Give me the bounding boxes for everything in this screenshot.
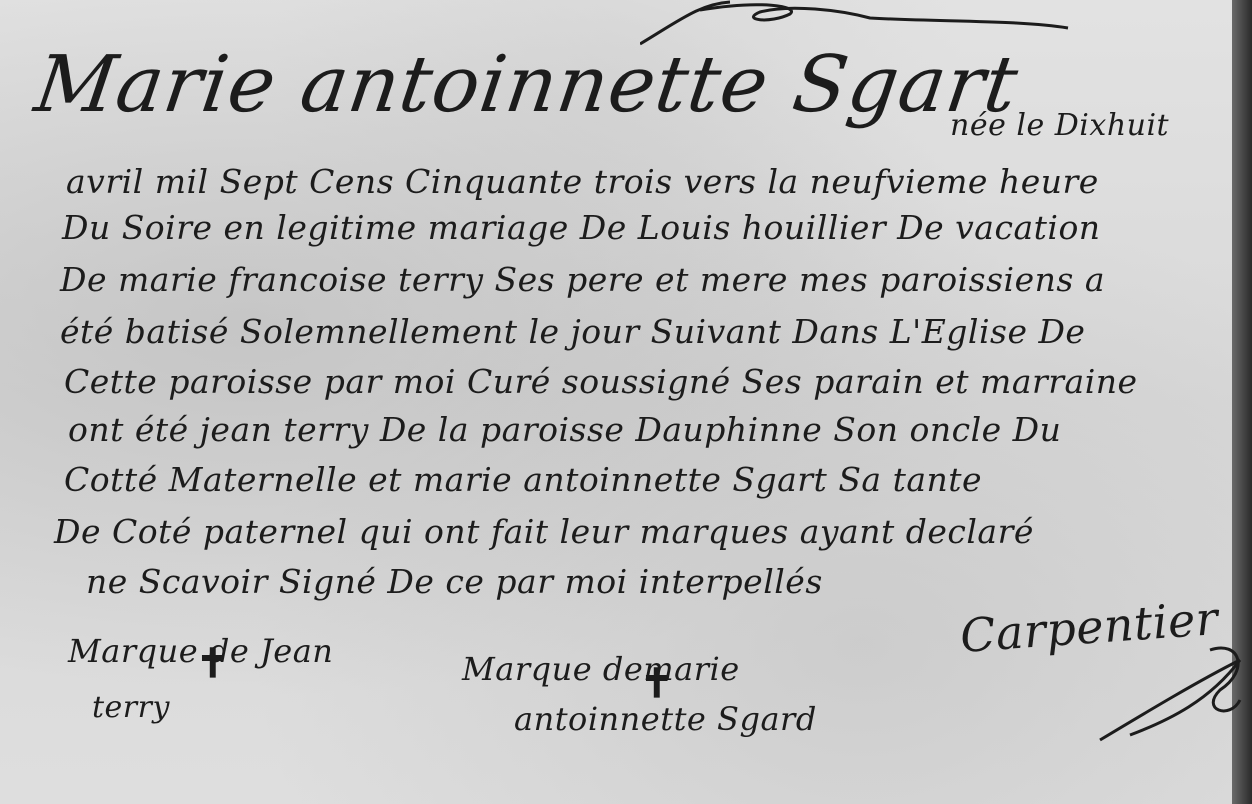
text-line-6: ont été jean terry De la paroisse Dauphi… (68, 410, 1061, 449)
entry-heading-tail: née le Dixhuit (950, 108, 1169, 143)
text-line-5: Cette paroisse par moi Curé soussigné Se… (64, 362, 1138, 401)
signature-flourish-icon (1090, 640, 1250, 750)
godfather-cross-icon: ✝ (196, 640, 230, 687)
godmother-cross-icon: ✝ (640, 660, 674, 707)
text-line-2: Du Soire en legitime mariage De Louis ho… (62, 208, 1101, 247)
entry-heading-name: Marie antoinnette Sgart (30, 40, 1024, 130)
text-line-1: avril mil Sept Cens Cinquante trois vers… (66, 162, 1099, 201)
text-line-7: Cotté Maternelle et marie antoinnette Sg… (64, 460, 982, 499)
godmother-mark-label: Marque demarie (462, 650, 740, 688)
text-line-9: ne Scavoir Signé De ce par moi interpell… (86, 562, 823, 601)
godfather-mark-name: terry (92, 690, 170, 725)
text-line-8: De Coté paternel qui ont fait leur marqu… (54, 512, 1034, 551)
text-line-3: De marie francoise terry Ses pere et mer… (60, 260, 1105, 299)
text-line-4: été batisé Solemnellement le jour Suivan… (60, 312, 1085, 351)
